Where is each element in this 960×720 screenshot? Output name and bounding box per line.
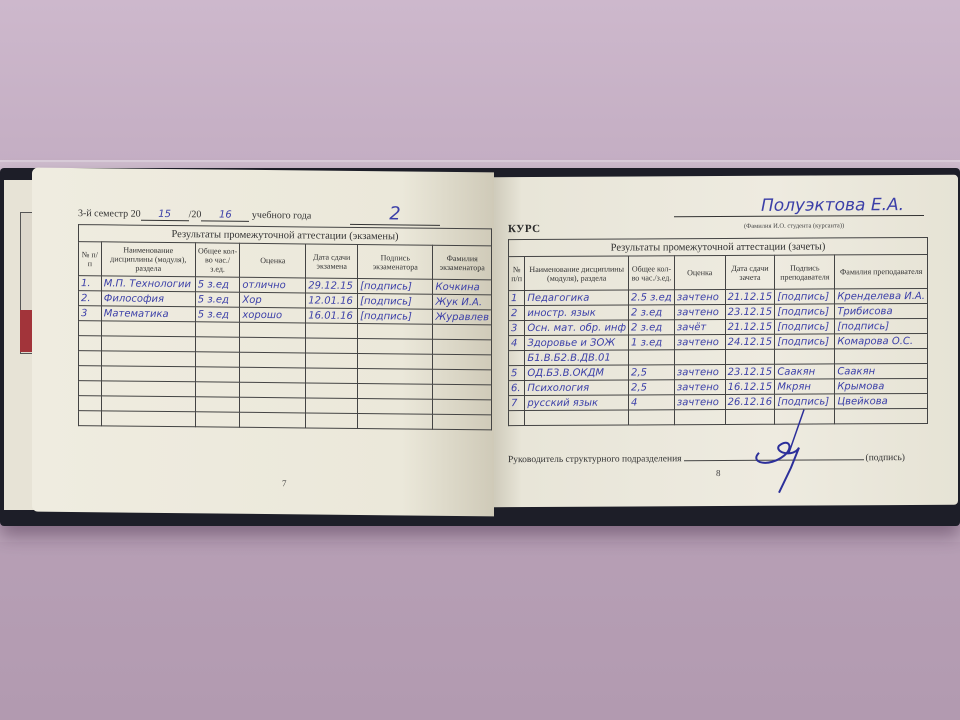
- empty-cell: [240, 382, 306, 398]
- empty-cell: [358, 353, 433, 369]
- empty-cell: [835, 408, 928, 423]
- right-page: Полуэктова Е.А. (Фамилия И.О. студента (…: [494, 175, 958, 507]
- year-suffix: учебного года: [252, 210, 311, 222]
- credits-table-caption: Результаты промежуточной аттестации (зач…: [509, 237, 928, 256]
- cell-date: 24.12.15: [725, 334, 775, 349]
- empty-cell: [509, 411, 525, 426]
- cell-signature: [подпись]: [775, 289, 835, 304]
- year-separator: /20: [189, 209, 202, 220]
- empty-cell: [101, 321, 195, 337]
- cell-hours: 5 з.ед: [195, 307, 240, 322]
- cell-date: 16.01.16: [306, 308, 358, 324]
- cell-num: 3: [509, 321, 525, 336]
- cell-signature: [подпись]: [358, 278, 433, 294]
- empty-cell: [240, 412, 306, 428]
- cell-teacher: [835, 348, 928, 363]
- empty-cell: [195, 412, 240, 427]
- cell-grade: зачтено: [674, 380, 725, 395]
- column-header: Подпись преподавателя: [775, 255, 835, 289]
- empty-cell: [433, 384, 492, 400]
- empty-cell: [195, 322, 240, 337]
- cell-hours: 5 з.ед: [195, 277, 240, 292]
- cell-num: 7: [509, 396, 525, 411]
- empty-cell: [79, 411, 102, 426]
- empty-cell: [358, 383, 433, 399]
- cell-subject: Математика: [101, 306, 195, 322]
- student-caption: (Фамилия И.О. студента (курсанта)): [744, 222, 844, 230]
- page-number-right: 8: [716, 468, 721, 478]
- cell-hours: 2 з.ед: [629, 305, 675, 320]
- empty-cell: [358, 338, 433, 354]
- cell-grade: [674, 350, 725, 365]
- cell-teacher: Цвейкова: [835, 393, 928, 408]
- column-header: № п/п: [509, 257, 525, 291]
- cell-subject: Психология: [525, 380, 629, 396]
- empty-cell: [240, 367, 306, 383]
- empty-cell: [433, 324, 492, 340]
- head-signature-icon: [749, 407, 829, 497]
- cell-grade: зачтено: [674, 305, 725, 320]
- cell-date: 16.12.15: [725, 379, 775, 394]
- semester-label: 3-й семестр 20: [78, 208, 141, 220]
- empty-cell: [433, 414, 492, 430]
- cell-grade: зачтено: [674, 395, 725, 410]
- cell-subject: ОД.Б3.В.ОКДМ: [525, 365, 629, 381]
- student-name: Полуэктова Е.А.: [674, 195, 924, 217]
- cell-teacher: Саакян: [835, 363, 928, 378]
- empty-cell: [240, 352, 306, 368]
- empty-cell: [79, 381, 102, 396]
- course-number: 2: [350, 203, 440, 226]
- cell-grade: зачтено: [674, 290, 725, 305]
- cell-hours: 2.5 з.ед: [629, 290, 675, 305]
- empty-cell: [306, 353, 358, 369]
- cell-subject: русский язык: [525, 395, 629, 411]
- semester-line: 3-й семестр 2015/2016 учебного года: [78, 208, 311, 222]
- empty-cell: [358, 368, 433, 384]
- column-header: Дата сдачи экзамена: [306, 244, 358, 279]
- empty-cell: [79, 351, 102, 366]
- cell-hours: 2,5: [629, 380, 675, 395]
- empty-row: [509, 408, 928, 425]
- exams-table-header: № п/пНаименование дисциплины (модуля), р…: [79, 242, 492, 280]
- column-header: Наименование дисциплины (модуля), раздел…: [101, 242, 195, 277]
- department-head-line: Руководитель структурного подразделения(…: [508, 453, 905, 465]
- cell-examiner: Журавлев: [433, 309, 492, 325]
- cell-examiner: Кочкина: [433, 279, 492, 295]
- cell-date: 21.12.15: [725, 319, 775, 334]
- empty-cell: [240, 337, 306, 353]
- cell-signature: [подпись]: [775, 319, 835, 334]
- cell-signature: [подпись]: [775, 304, 835, 319]
- cell-subject: Б1.В.Б2.В.ДВ.01: [525, 350, 629, 366]
- cell-hours: 1 з.ед: [629, 335, 675, 350]
- empty-cell: [358, 413, 433, 429]
- empty-cell: [306, 323, 358, 339]
- empty-cell: [525, 410, 629, 426]
- cell-grade: зачёт: [674, 320, 725, 335]
- empty-cell: [306, 383, 358, 399]
- empty-cell: [195, 337, 240, 352]
- column-header: Оценка: [674, 256, 725, 290]
- column-header: Наименование дисциплины (модуля), раздел…: [525, 256, 629, 291]
- empty-cell: [433, 369, 492, 385]
- empty-cell: [358, 323, 433, 339]
- cell-subject: М.П. Технологии: [101, 276, 195, 292]
- cell-grade: зачтено: [674, 335, 725, 350]
- empty-cell: [674, 410, 725, 425]
- cell-teacher: Трибисова: [835, 303, 928, 318]
- empty-cell: [101, 381, 195, 397]
- cell-signature: Саакян: [775, 364, 835, 379]
- cell-grade: Хор: [240, 292, 306, 308]
- column-header: Фамилия экзаменатора: [433, 245, 492, 280]
- cell-subject: Здоровье и ЗОЖ: [525, 335, 629, 351]
- empty-cell: [101, 351, 195, 367]
- empty-cell: [101, 336, 195, 352]
- cell-hours: 2,5: [629, 365, 675, 380]
- empty-cell: [433, 354, 492, 370]
- cell-signature: Мкрян: [775, 379, 835, 394]
- cell-num: [509, 351, 525, 366]
- empty-cell: [358, 398, 433, 414]
- cell-date: 21.12.15: [725, 289, 775, 304]
- cell-date: 23.12.15: [725, 364, 775, 379]
- empty-cell: [101, 411, 195, 427]
- empty-cell: [306, 368, 358, 384]
- cell-hours: 5 з.ед: [195, 292, 240, 307]
- empty-cell: [306, 338, 358, 354]
- column-header: № п/п: [79, 242, 102, 276]
- column-header: Общее кол-во час./з.ед.: [629, 256, 675, 290]
- cell-teacher: Комарова О.С.: [835, 333, 928, 348]
- empty-cell: [195, 352, 240, 367]
- cell-date: 29.12.15: [306, 278, 358, 294]
- cell-date: 23.12.15: [725, 304, 775, 319]
- cell-grade: хорошо: [240, 307, 306, 323]
- column-header: Подпись экзаменатора: [358, 244, 433, 279]
- left-page: 3-й семестр 2015/2016 учебного года 2 Ре…: [32, 168, 494, 517]
- kurs-label: КУРС: [508, 223, 541, 235]
- cell-teacher: Крымова: [835, 378, 928, 393]
- cell-subject: иностр. язык: [525, 305, 629, 321]
- cell-grade: отлично: [240, 277, 306, 293]
- column-header: Дата сдачи зачета: [725, 255, 775, 289]
- empty-cell: [195, 367, 240, 382]
- cell-subject: Осн. мат. обр. инф: [525, 320, 629, 336]
- cell-hours: 4: [629, 395, 675, 410]
- column-header: Общее кол-во час./з.ед.: [195, 243, 240, 277]
- cell-subject: Педагогика: [525, 290, 629, 306]
- empty-cell: [306, 398, 358, 414]
- empty-cell: [195, 397, 240, 412]
- exams-table: Результаты промежуточной аттестации (экз…: [78, 224, 492, 430]
- cell-num: 2.: [79, 291, 102, 306]
- cell-num: 5: [509, 366, 525, 381]
- empty-cell: [79, 366, 102, 381]
- credits-table-body: 1Педагогика2.5 з.едзачтено21.12.15[подпи…: [509, 288, 928, 425]
- empty-cell: [101, 396, 195, 412]
- cell-num: 4: [509, 336, 525, 351]
- cell-hours: 2 з.ед: [629, 320, 675, 335]
- cell-signature: [775, 349, 835, 364]
- cell-date: [725, 349, 775, 364]
- cell-num: 6.: [509, 381, 525, 396]
- empty-cell: [79, 336, 102, 351]
- empty-cell: [101, 366, 195, 382]
- signature-suffix: (подпись): [866, 453, 905, 463]
- empty-cell: [240, 322, 306, 338]
- empty-cell: [629, 410, 675, 425]
- cell-signature: [подпись]: [775, 334, 835, 349]
- page-number-left: 7: [282, 478, 287, 488]
- empty-cell: [240, 397, 306, 413]
- empty-cell: [195, 382, 240, 397]
- cell-hours: [629, 350, 675, 365]
- empty-cell: [79, 396, 102, 411]
- year-end: 16: [201, 209, 249, 222]
- empty-cell: [433, 399, 492, 415]
- credits-table-header: № п/пНаименование дисциплины (модуля), р…: [509, 254, 928, 290]
- cell-date: 12.01.16: [306, 293, 358, 309]
- column-header: Фамилия преподавателя: [835, 254, 928, 288]
- empty-row: [79, 411, 492, 430]
- cell-grade: зачтено: [674, 365, 725, 380]
- column-header: Оценка: [240, 243, 306, 278]
- empty-cell: [306, 413, 358, 429]
- credits-table: Результаты промежуточной аттестации (зач…: [508, 237, 928, 426]
- empty-cell: [433, 339, 492, 355]
- cell-num: 1: [509, 291, 525, 306]
- cell-signature: [подпись]: [358, 308, 433, 324]
- year-start: 15: [141, 209, 189, 222]
- empty-cell: [79, 321, 102, 336]
- exams-table-body: 1.М.П. Технологии5 з.едотлично29.12.15[п…: [79, 276, 492, 430]
- cell-teacher: [подпись]: [835, 318, 928, 333]
- cell-subject: Философия: [101, 291, 195, 307]
- cell-examiner: Жук И.А.: [433, 294, 492, 310]
- cell-teacher: Кренделева И.А.: [835, 288, 928, 303]
- department-head-label: Руководитель структурного подразделения: [508, 454, 682, 465]
- cell-num: 1.: [79, 276, 102, 291]
- cell-signature: [подпись]: [358, 293, 433, 309]
- cell-num: 2: [509, 306, 525, 321]
- cell-num: 3: [79, 306, 102, 321]
